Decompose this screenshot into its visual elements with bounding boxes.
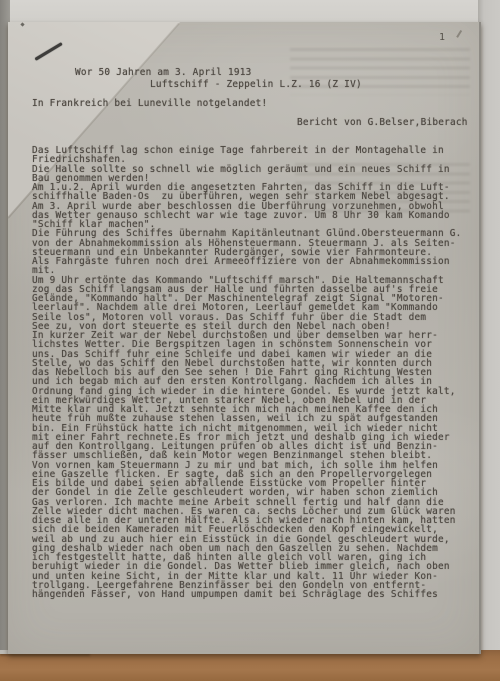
stray-pen-tick	[456, 30, 462, 38]
text-line: hängenden Fässer, von Hand umpumpen dami…	[32, 590, 462, 599]
title-line-1: Wor 50 Jahren am 3. April 1913	[75, 68, 252, 77]
text-line: Als Fahrgäste fuhren noch drei Armeeoffi…	[32, 257, 462, 266]
byline: Bericht von G.Belser,Biberach	[297, 118, 468, 127]
document-photo: 1 Wor 50 Jahren am 3. April 1913 Luftsch…	[0, 0, 500, 681]
backing-sheet-right	[478, 0, 500, 650]
page-number: 1	[439, 32, 445, 43]
title-line-2: Luftschiff - Zeppelin L.Z. 16 (Z IV)	[150, 80, 362, 89]
subtitle-line: In Frankreich bei Luneville notgelandet!	[32, 99, 267, 108]
body-text: Das Luftschiff lag schon einige Tage fah…	[32, 146, 462, 599]
typewritten-page: 1 Wor 50 Jahren am 3. April 1913 Luftsch…	[8, 22, 481, 654]
